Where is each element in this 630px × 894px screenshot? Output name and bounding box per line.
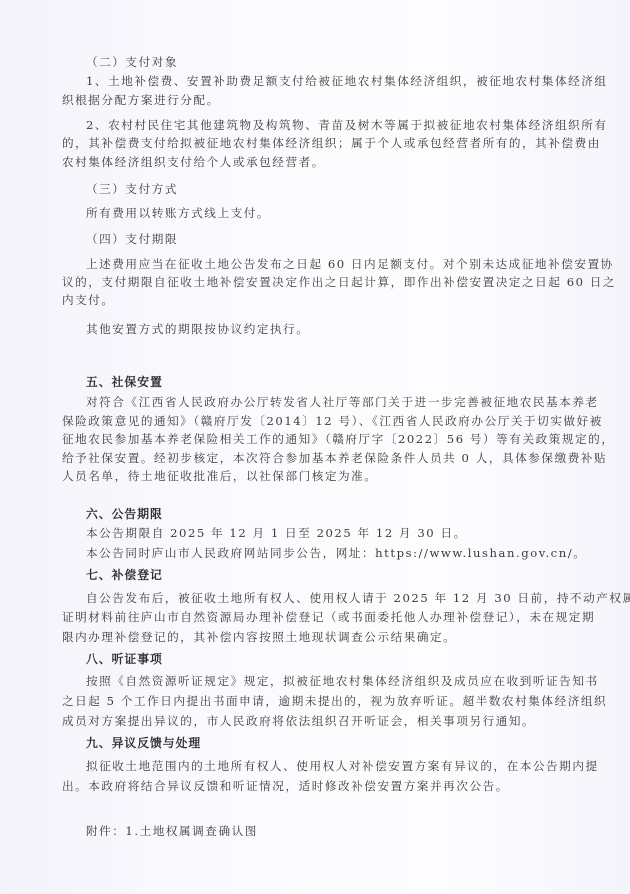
paragraph-line: 1、土地补偿费、安置补助费足额支付给被征地农村集体经济组织，被征地农村集体经济组 [86, 73, 582, 89]
paragraph-line: 给予社保安置。经初步核定，本次符合参加基本养老保险条件人员共 0 人，具体参保缴… [62, 450, 582, 466]
section-heading: 九、异议反馈与处理 [86, 735, 582, 751]
paragraph-line: 出。本政府将结合异议反馈和听证情况，适时修改补偿安置方案并再次公告。 [62, 778, 582, 794]
section-heading: （二）支付对象 [86, 54, 582, 70]
paragraph-line: 本公告同时庐山市人民政府网站同步公告，网址：https://www.lushan… [86, 545, 582, 561]
document-page: （二）支付对象1、土地补偿费、安置补助费足额支付给被征地农村集体经济组织，被征地… [0, 0, 630, 894]
paragraph-line: 附件：1.土地权属调查确认图 [86, 823, 582, 839]
paragraph-line: 对符合《江西省人民政府办公厅转发省人社厅等部门关于进一步完善被征地农民基本养老 [86, 394, 582, 410]
paragraph-line: 其他安置方式的期限按协议约定执行。 [86, 321, 582, 337]
section-heading: （四）支付期限 [86, 231, 582, 247]
paragraph-line: 征地农民参加基本养老保险相关工作的通知》（赣府厅字〔2022〕56 号）等有关政… [62, 431, 582, 447]
paragraph-line: 之日起 5 个工作日内提出书面申请，逾期未提出的，视为放弃听证。超半数农村集体经… [62, 693, 582, 709]
paragraph-line: 本公告期限自 2025 年 12 月 1 日至 2025 年 12 月 30 日… [86, 525, 582, 541]
paragraph-line: 织根据分配方案进行分配。 [62, 92, 582, 108]
paragraph-line: 证明材料前往庐山市自然资源局办理补偿登记（或书面委托他人办理补偿登记），未在规定… [62, 609, 582, 625]
paragraph-line: 限内办理补偿登记的，其补偿内容按照土地现状调查公示结果确定。 [62, 629, 582, 645]
paragraph-line: 拟征收土地范围内的土地所有权人、使用权人对补偿安置方案有异议的，在本公告期内提 [86, 758, 582, 774]
section-heading: 八、听证事项 [86, 651, 582, 667]
paragraph-line: 上述费用应当在征收土地公告发布之日起 60 日内足额支付。对个别未达成征地补偿安… [86, 256, 582, 272]
paragraph-line: 的，其补偿费支付给拟被征地农村集体经济组织；属于个人或承包经营者所有的，其补偿费… [62, 135, 582, 151]
paragraph-line: 自公告发布后，被征收土地所有权人、使用权人请于 2025 年 12 月 30 日… [86, 590, 582, 606]
section-heading: （三）支付方式 [86, 181, 582, 197]
section-heading: 五、社保安置 [86, 374, 582, 390]
paragraph-line: 保险政策意见的通知》（赣府厅发〔2014〕12 号）、《江西省人民政府办公厅关于… [62, 413, 582, 429]
section-heading: 六、公告期限 [86, 506, 582, 522]
paragraph-line: 所有费用以转账方式线上支付。 [86, 205, 582, 221]
paragraph-line: 2、农村村民住宅其他建筑物及构筑物、青苗及树木等属于拟被征地农村集体经济组织所有 [86, 117, 582, 133]
paragraph-line: 人员名单，待土地征收批准后，以社保部门核定为准。 [62, 468, 582, 484]
paragraph-line: 成员对方案提出异议的，市人民政府将依法组织召开听证会，相关事项另行通知。 [62, 713, 582, 729]
section-heading: 七、补偿登记 [86, 567, 582, 583]
paragraph-line: 农村集体经济组织支付给个人或承包经营者。 [62, 154, 582, 170]
paragraph-line: 内支付。 [62, 292, 582, 308]
paragraph-line: 议的，支付期限自征收土地补偿安置决定作出之日起计算，即作出补偿安置决定之日起 6… [62, 274, 582, 290]
paragraph-line: 按照《自然资源听证规定》规定，拟被征地农村集体经济组织及成员应在收到听证告知书 [86, 673, 582, 689]
